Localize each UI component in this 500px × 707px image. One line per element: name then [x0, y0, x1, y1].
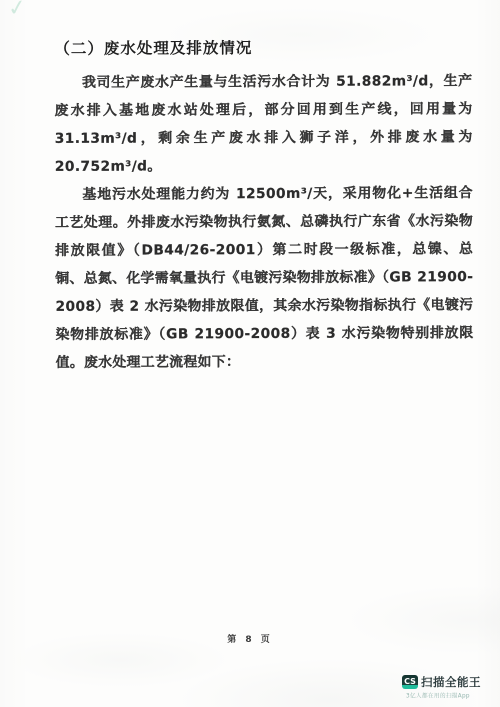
- camscanner-watermark-row: CS 扫描全能王: [402, 674, 481, 690]
- document-body: （二）废水处理及排放情况 我司生产废水产生量与生活污水合计为 51.882m³/…: [54, 35, 473, 377]
- section-title: （二）废水处理及排放情况: [54, 35, 472, 59]
- checkmark-annotation-icon: ✓: [6, 0, 28, 22]
- paragraph-wastewater-volumes: 我司生产废水产生量与生活污水合计为 51.882m³/d，生产废水排入基地废水站…: [54, 67, 472, 181]
- page-number: 第 8 页: [0, 632, 500, 645]
- camscanner-watermark: CS 扫描全能王 3亿人都在用的扫描App: [402, 674, 488, 702]
- scanned-document-page: { "annotations": { "check_glyph": "✓" },…: [0, 0, 500, 707]
- camscanner-tagline: 3亿人都在用的扫描App: [406, 692, 470, 700]
- paragraph-treatment-standards: 基地污水处理能力约为 12500m³/天，采用物化+生活组合工艺处理。外排废水污…: [55, 179, 474, 377]
- camscanner-logo-icon: CS: [402, 675, 418, 689]
- camscanner-app-name: 扫描全能王: [421, 674, 481, 690]
